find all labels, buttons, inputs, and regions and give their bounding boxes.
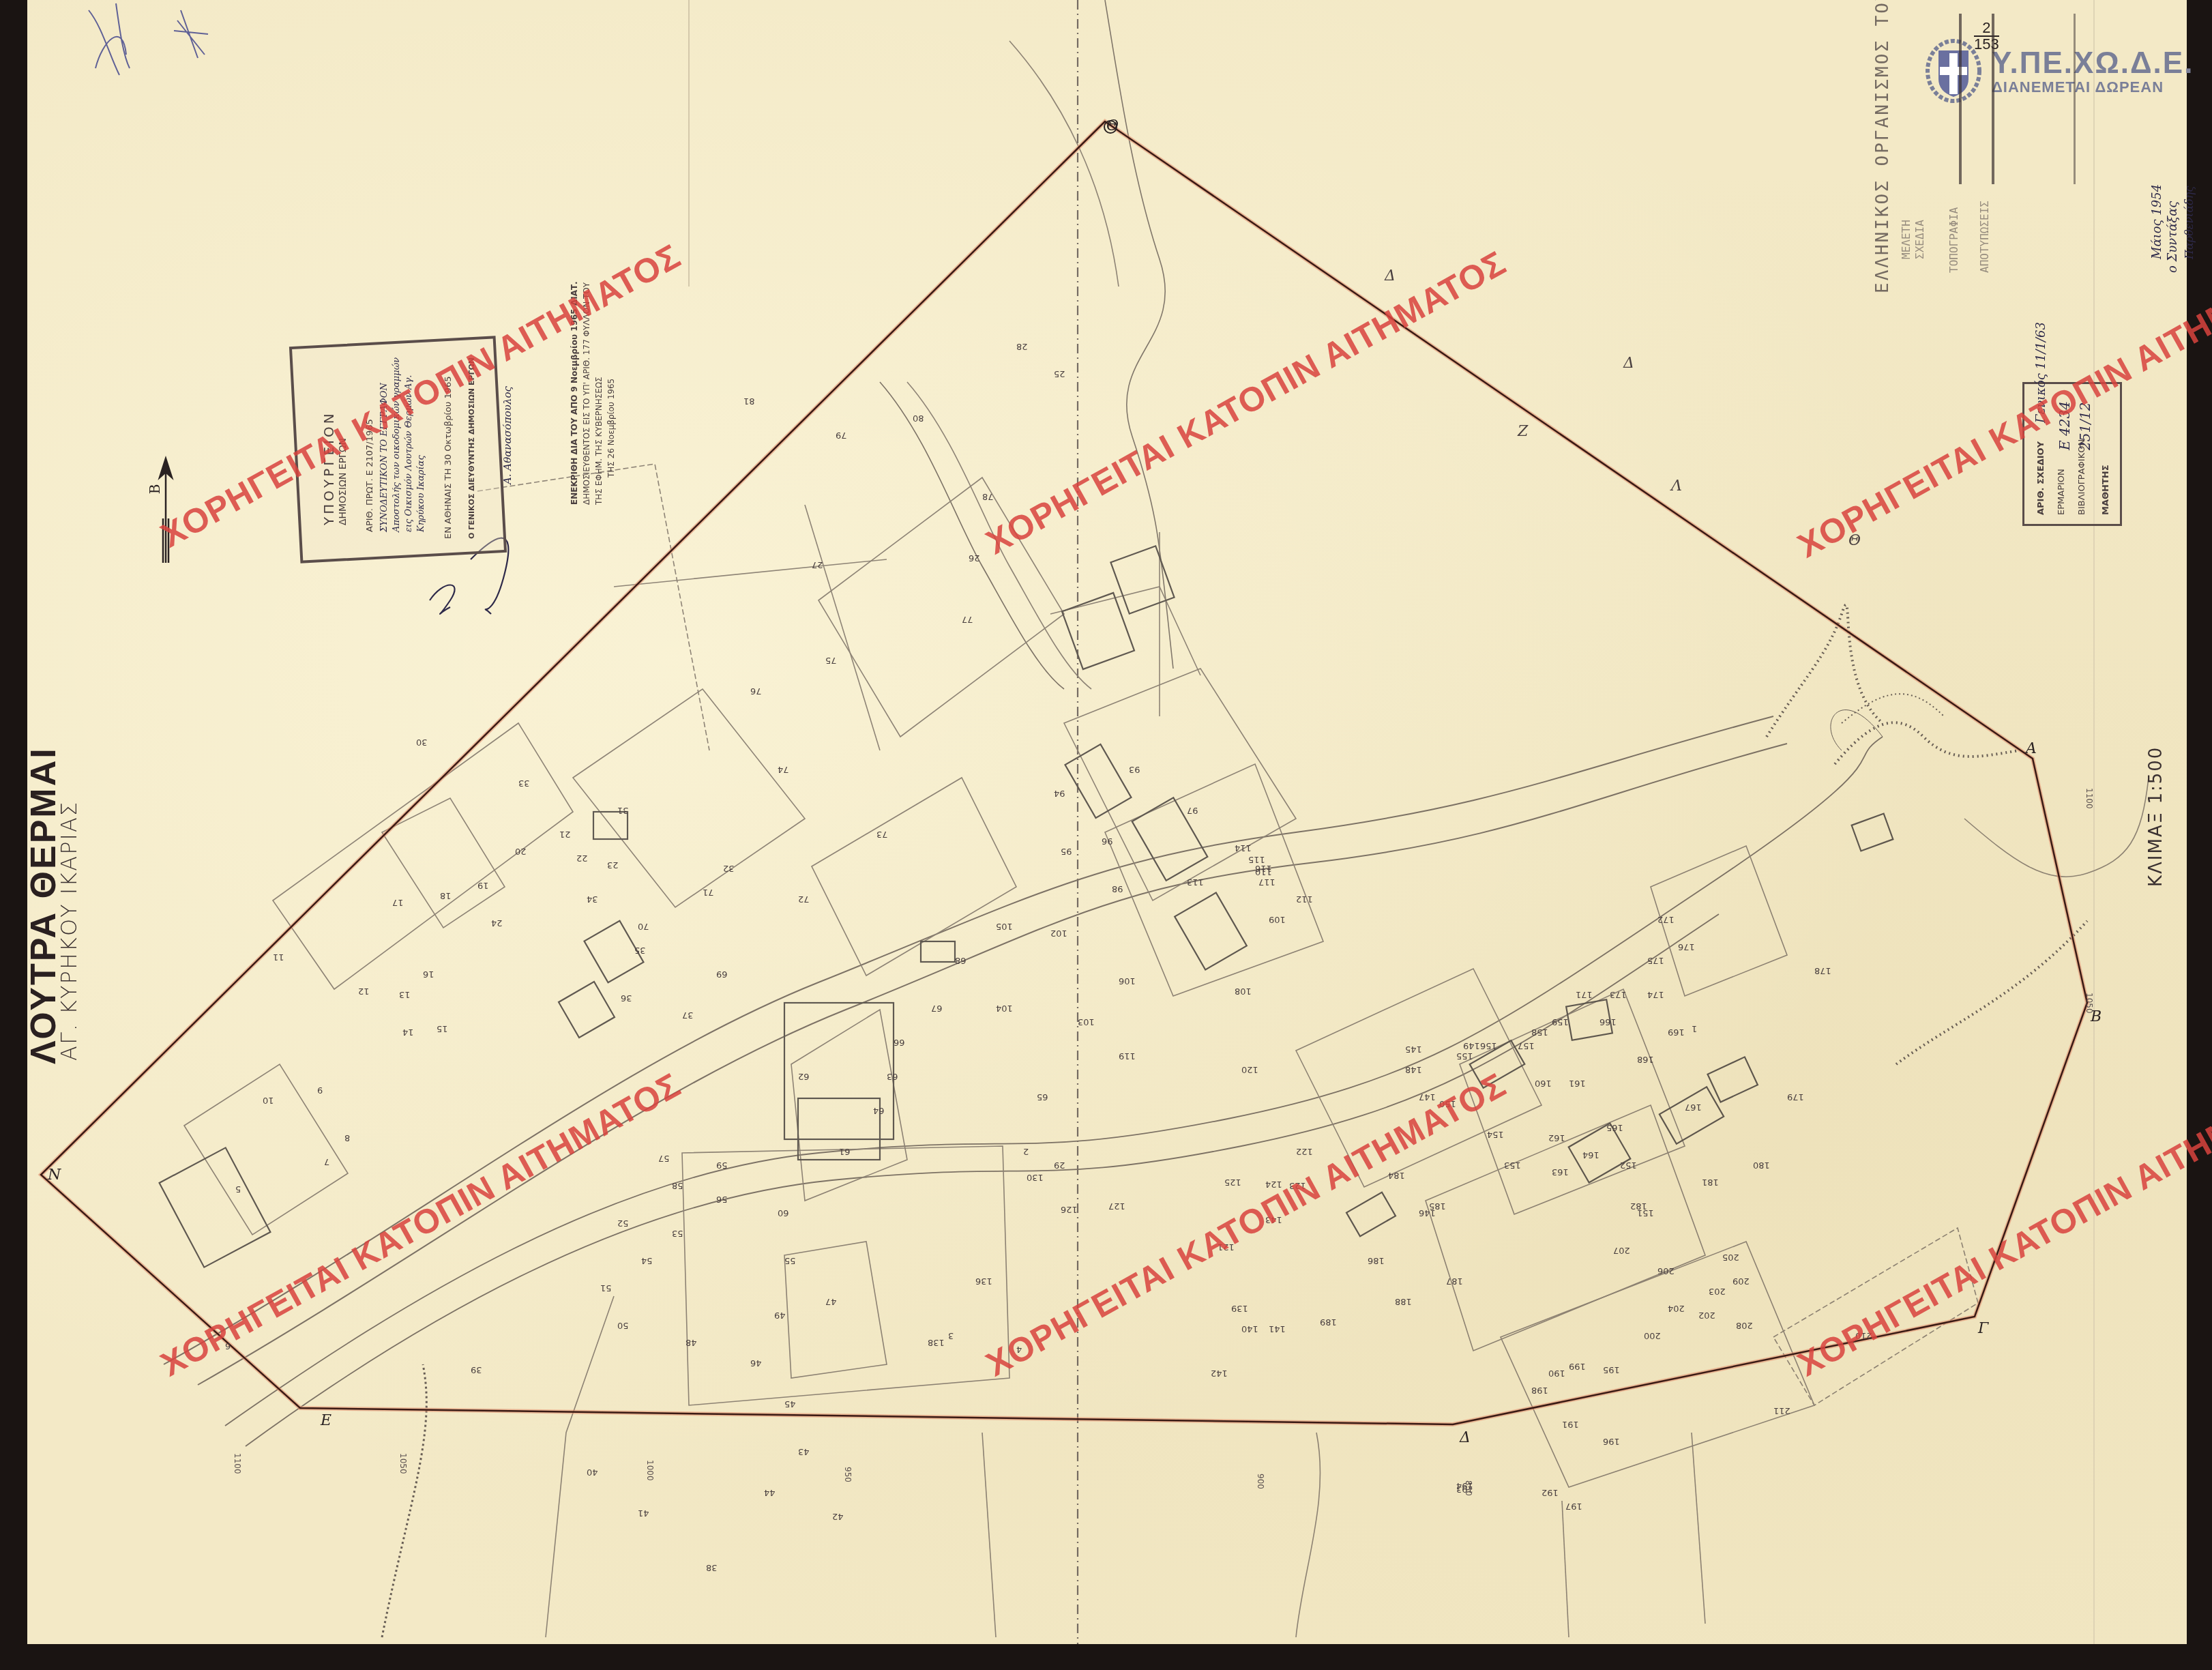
plot-number: 8: [344, 1132, 350, 1143]
plot-number: 71: [703, 887, 714, 897]
plot-number: 157: [1518, 1040, 1535, 1051]
plot-number: 162: [1548, 1132, 1565, 1143]
archive-label-catalog: ΒΙΒΛΙΟΓΡΑΦΙΚΟΝ: [2077, 439, 2087, 515]
plot-number: 7: [324, 1156, 329, 1167]
title-block-row-2: ΣΧΕΔΙΑ: [1913, 220, 1926, 259]
plot-number: 24: [491, 918, 503, 928]
plot-number: 75: [825, 655, 837, 665]
plot-number: 104: [996, 1003, 1013, 1013]
vertex-theta: Θ: [1106, 117, 1119, 134]
plot-number: 196: [1603, 1436, 1620, 1446]
plot-number: 61: [839, 1146, 851, 1156]
plot-number: 60: [778, 1207, 789, 1218]
plot-number: 113: [1187, 877, 1204, 887]
plot-number: 140: [1241, 1323, 1258, 1334]
plot-number: 95: [1061, 846, 1072, 856]
scale-label: ΚΛΙΜΑΞ 1:500: [2146, 746, 2166, 887]
plot-number: 53: [672, 1228, 683, 1238]
plot-number: 17: [392, 897, 404, 907]
plot-number: 57: [658, 1153, 670, 1163]
plot-number: 14: [402, 1027, 414, 1037]
plot-number: 148: [1405, 1064, 1422, 1074]
plot-number: 63: [887, 1071, 898, 1081]
plot-number: 152: [1620, 1160, 1637, 1170]
plot-number: 11: [273, 952, 284, 962]
plot-number: 9: [317, 1085, 323, 1095]
plot-number: 161: [1569, 1078, 1586, 1088]
plot-number: 206: [1657, 1265, 1675, 1276]
grid-label: 1050: [2084, 993, 2094, 1014]
plot-number: 40: [587, 1467, 598, 1477]
handwritten-scribble: [89, 3, 208, 75]
plot-number: 109: [1269, 914, 1286, 924]
plot-number: 79: [836, 430, 847, 440]
plot-number: 105: [996, 921, 1013, 931]
plot-number: 50: [617, 1320, 629, 1330]
plot-number: 46: [750, 1358, 762, 1368]
plot-number: 159: [1552, 1016, 1569, 1027]
plot-number: 32: [723, 863, 735, 873]
grid-label: 1000: [645, 1460, 655, 1481]
plot-number: 126: [1061, 1204, 1078, 1214]
plot-number: 172: [1657, 914, 1675, 924]
title-block-row-3: ΤΟΠΟΓΡΑΦΙΑ: [1947, 207, 1960, 273]
plot-number: 41: [638, 1508, 649, 1518]
plot-number: 59: [716, 1160, 728, 1170]
plot-number: 117: [1258, 877, 1275, 887]
plot-number: 38: [706, 1562, 718, 1572]
plot-number: 125: [1224, 1177, 1241, 1187]
plot-number: 68: [955, 955, 967, 965]
plot-number: 158: [1531, 1027, 1548, 1037]
plot-number: 209: [1732, 1276, 1750, 1286]
plot-number: 169: [1668, 1027, 1685, 1037]
plot-number: 202: [1698, 1310, 1715, 1320]
plot-number: 56: [716, 1194, 728, 1204]
plot-number: 175: [1647, 955, 1664, 965]
title-block-row-4: ΑΠΟΤΥΠΩΣΕΙΣ: [1978, 201, 1991, 273]
plot-number: 67: [931, 1003, 943, 1013]
plot-number: 182: [1630, 1201, 1647, 1211]
plot-number: 44: [764, 1487, 776, 1497]
approval-line-4: ΤΗΣ 26 Νοεμβρίου 1965: [606, 379, 616, 478]
plot-number: 153: [1504, 1160, 1521, 1170]
plot-number: 198: [1531, 1385, 1548, 1395]
plot-number: 178: [1814, 965, 1831, 976]
title-block-date: Μάιος 1954: [2150, 184, 2164, 259]
plot-number: 165: [1606, 1122, 1623, 1132]
ministry-tagline: ΔΙΑΝΕΜΕΤΑΙ ΔΩΡΕΑΝ: [1992, 78, 2194, 96]
plot-number: 168: [1637, 1054, 1654, 1064]
archive-label-drawing-no: ΑΡΙΘ. ΣΧΕΔΙΟΥ: [2036, 441, 2046, 515]
grid-label: 1100: [233, 1453, 242, 1474]
grid-label: 900: [1256, 1474, 1265, 1489]
plot-number: 185: [1429, 1201, 1446, 1211]
plot-number: 176: [1678, 941, 1695, 952]
plot-number: 42: [832, 1511, 844, 1521]
plot-number: 116: [1255, 863, 1272, 873]
title-block-author-role: ο Συντάξας: [2166, 201, 2180, 273]
plot-number: 145: [1405, 1044, 1422, 1054]
plot-number: 62: [798, 1071, 810, 1081]
plot-number: 1: [1692, 1023, 1697, 1034]
plot-number: 77: [962, 614, 973, 624]
plot-number: 106: [1119, 976, 1136, 986]
plot-number: 112: [1296, 894, 1313, 904]
grid-label: 1050: [398, 1453, 408, 1474]
plot-number: 93: [1129, 764, 1140, 774]
plot-number: 55: [784, 1255, 796, 1265]
vertex-a: Α: [2026, 740, 2037, 757]
plot-number: 65: [1037, 1092, 1048, 1102]
plot-number: 48: [685, 1337, 697, 1347]
plot-number: 45: [784, 1398, 796, 1409]
plot-number: 122: [1296, 1146, 1313, 1156]
north-arrow-label: Β: [147, 484, 163, 495]
archive-label-cabinet: ΕΡΜΑΡΙΟΝ: [2056, 469, 2067, 515]
plot-number: 20: [515, 846, 527, 856]
title-block-row-1: ΜΕΛΕΤΗ: [1900, 220, 1913, 259]
plot-number: 58: [672, 1180, 683, 1190]
grid-label: 950: [843, 1467, 853, 1482]
plot-number: 31: [617, 805, 629, 815]
plot-number: 200: [1644, 1330, 1661, 1341]
plot-number: 15: [437, 1023, 448, 1034]
plot-number: 102: [1050, 928, 1067, 938]
archive-label-student: ΜΑΘΗΤΗΣ: [2101, 465, 2111, 515]
ministry-acronym: Υ.ΠΕ.ΧΩ.Δ.Ε.: [1992, 48, 2194, 78]
plot-number: 94: [1054, 788, 1065, 798]
stamp-signatory-name: Α. Αθανασόπουλος: [501, 386, 514, 484]
vertex-d: Δ: [1460, 1429, 1471, 1446]
plot-number: 80: [913, 413, 924, 423]
plot-number: 2: [1023, 1146, 1029, 1156]
plot-number: 103: [1078, 1016, 1095, 1027]
title-block-author-name: Παρθενιάδης: [2183, 186, 2196, 259]
plot-number: 127: [1108, 1201, 1125, 1211]
ministry-logo: Υ.ΠΕ.ΧΩ.Δ.Ε. ΔΙΑΝΕΜΕΤΑΙ ΔΩΡΕΑΝ: [1925, 38, 2194, 106]
plot-number: 207: [1613, 1245, 1630, 1255]
plot-number: 154: [1487, 1129, 1504, 1139]
approval-line-3: ΤΗΣ ΕΦΗΜ. ΤΗΣ ΚΥΒΕΡΝΗΣΕΩΣ: [594, 377, 604, 505]
title-block-rule: [1959, 14, 1962, 184]
plot-number: 155: [1456, 1051, 1473, 1061]
plot-number: 139: [1231, 1303, 1248, 1313]
plot-number: 199: [1569, 1361, 1586, 1371]
plot-number: 47: [825, 1296, 837, 1306]
plot-number: 141: [1269, 1323, 1286, 1334]
plot-number: 25: [1054, 368, 1065, 379]
plot-number: 34: [587, 894, 598, 904]
plot-number: 96: [1102, 836, 1113, 846]
plot-number: 204: [1668, 1303, 1685, 1313]
sheet-number: 2 153: [1974, 20, 1999, 52]
plot-number: 27: [812, 559, 823, 570]
plot-number: 208: [1736, 1320, 1753, 1330]
plot-number: 19: [477, 880, 489, 890]
plot-number: 156: [1480, 1040, 1497, 1051]
plot-number: 142: [1211, 1368, 1228, 1378]
plot-number: 5: [235, 1184, 241, 1194]
plot-number: 192: [1542, 1487, 1559, 1497]
plot-number: 205: [1722, 1252, 1739, 1262]
plot-number: 28: [1016, 341, 1028, 351]
title-block-org: ΕΛΛΗΝΙΚΟΣ ΟΡΓΑΝΙΣΜΟΣ ΤΟΥΡΙΣΜΟΥ: [1872, 0, 1893, 293]
plot-number: 174: [1647, 989, 1664, 999]
plot-number: 76: [750, 686, 762, 696]
plot-number: 179: [1787, 1092, 1804, 1102]
plot-number: 74: [778, 764, 789, 774]
plot-number: 98: [1112, 883, 1123, 894]
plot-number: 188: [1395, 1296, 1412, 1306]
plot-number: 73: [876, 829, 888, 839]
plot-number: 66: [894, 1037, 905, 1047]
plot-number: 10: [263, 1095, 274, 1105]
plot-number: 23: [607, 860, 619, 870]
plot-number: 72: [798, 894, 810, 904]
plot-number: 194: [1456, 1480, 1473, 1491]
plot-number: 120: [1241, 1064, 1258, 1074]
plot-number: 203: [1709, 1286, 1726, 1296]
plot-number: 171: [1576, 989, 1593, 999]
plot-number: 3: [948, 1330, 954, 1341]
plot-number: 33: [518, 778, 530, 788]
plot-number: 197: [1565, 1501, 1582, 1511]
plot-number: 195: [1603, 1364, 1620, 1375]
plot-number: 136: [975, 1276, 992, 1286]
plot-number: 181: [1702, 1177, 1719, 1187]
plot-number: 78: [982, 491, 994, 501]
sheet-number-top: 2: [1974, 20, 1999, 37]
plot-number: 167: [1685, 1102, 1702, 1112]
plot-number: 43: [798, 1446, 810, 1456]
plot-number: 18: [440, 890, 452, 900]
sheet-letter: Δ: [1385, 267, 1396, 284]
plot-number: 35: [634, 945, 646, 955]
plot-number: 12: [358, 986, 370, 996]
plot-number: 149: [1463, 1040, 1480, 1051]
plot-number: 211: [1773, 1405, 1790, 1416]
plot-number: 160: [1535, 1078, 1552, 1088]
plot-number: 29: [1054, 1160, 1065, 1170]
plot-number: 130: [1027, 1172, 1044, 1182]
plot-number: 37: [682, 1010, 694, 1020]
plot-number: 52: [617, 1218, 629, 1228]
plot-number: 49: [774, 1310, 786, 1320]
plot-number: 64: [873, 1105, 885, 1115]
title-block-rule: [2074, 14, 2076, 184]
plot-number: 21: [559, 829, 571, 839]
plot-number: 36: [621, 993, 632, 1003]
title-block-rule: [1992, 14, 1994, 184]
vertex-n: Ν: [48, 1167, 61, 1184]
plot-number: 189: [1320, 1317, 1337, 1327]
plot-number: 173: [1610, 989, 1627, 999]
plot-number: 163: [1552, 1167, 1569, 1177]
plot-number: 54: [641, 1255, 653, 1265]
plot-number: 184: [1388, 1170, 1405, 1180]
plot-number: 119: [1119, 1051, 1136, 1061]
plot-number: 114: [1235, 843, 1252, 853]
plot-number: 187: [1446, 1276, 1463, 1286]
plot-number: 70: [638, 921, 649, 931]
plot-number: 81: [743, 396, 755, 406]
plot-number: 30: [416, 737, 428, 747]
plot-number: 26: [969, 553, 980, 563]
map-subtitle: ΑΓ. ΚΥΡΗΚΟΥ ΙΚΑΡΙΑΣ: [56, 801, 82, 1061]
sheet-letter: Λ: [1671, 478, 1682, 495]
plot-number: 51: [600, 1283, 612, 1293]
vertex-g: Γ: [1978, 1320, 1988, 1337]
plot-number: 16: [423, 969, 434, 979]
plot-number: 13: [399, 989, 411, 999]
vertex-e: Ε: [321, 1412, 331, 1429]
plot-number: 190: [1548, 1368, 1565, 1378]
plot-number: 138: [928, 1337, 945, 1347]
plot-number: 180: [1753, 1160, 1770, 1170]
sheet-letter: Δ: [1623, 355, 1634, 372]
grid-label: 1100: [2084, 788, 2094, 809]
plot-number: 39: [471, 1364, 482, 1375]
plot-number: 166: [1599, 1016, 1617, 1027]
plot-number: 69: [716, 969, 728, 979]
plot-number: 191: [1562, 1419, 1579, 1429]
plot-number: 164: [1582, 1149, 1599, 1160]
plot-number: 97: [1187, 805, 1198, 815]
plot-number: 22: [576, 853, 588, 863]
sheet-letter: Ζ: [1518, 423, 1528, 440]
sheet-number-bottom: 153: [1974, 37, 1999, 52]
plot-number: 108: [1235, 986, 1252, 996]
plot-number: 186: [1368, 1255, 1385, 1265]
